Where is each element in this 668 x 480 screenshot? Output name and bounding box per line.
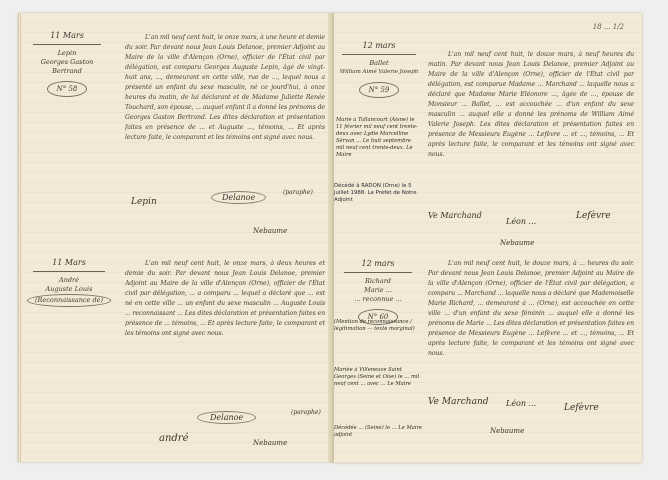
entry-surname: Ballet	[336, 59, 422, 68]
signature: Lepin	[131, 197, 157, 207]
right-register-page: 18 ... 1/2 12 mars Ballet William Aimé V…	[334, 13, 642, 463]
entry-date: 12 mars	[338, 259, 418, 268]
entry-date: 11 Mars	[27, 31, 107, 40]
signature: andré	[159, 433, 189, 444]
divider	[33, 271, 105, 272]
divider	[344, 272, 412, 273]
divider	[342, 54, 416, 55]
entry-date: 12 mars	[336, 41, 422, 50]
margin-entry-59: 12 mars Ballet William Aimé Valerie Jose…	[336, 41, 422, 98]
signature: (paraphe)	[283, 189, 313, 196]
entry-surname: Lepin	[27, 49, 107, 58]
margin-entry-60: 12 mars Richard Marie ... ... reconnue .…	[338, 259, 418, 325]
entry-note: (Reconnaissance de)	[27, 294, 111, 307]
act-body: L'an mil neuf cent huit, le douze mars, …	[428, 259, 634, 393]
signature: Nebaume	[253, 439, 287, 447]
act-number: N° 58	[47, 81, 88, 97]
signature: Lefèvre	[576, 211, 611, 221]
signature: Nebaume	[490, 427, 524, 435]
entry-surname: Richard	[338, 277, 418, 286]
act-body: L'an mil neuf cent huit, le onze mars, à…	[125, 33, 325, 185]
entry-given-names: Marie ...	[338, 286, 418, 295]
entry-note: ... reconnue ...	[338, 295, 418, 304]
signature: (paraphe)	[291, 409, 321, 416]
signature: Lefèvre	[564, 403, 599, 413]
entry-given-names: Auguste Louis	[27, 285, 111, 294]
divider	[33, 44, 101, 45]
act-number: N° 59	[359, 82, 400, 98]
marginal-note-marriage: Mariée à Villeneuve Saint Georges (Seine…	[334, 367, 422, 407]
folio-number: 18 ... 1/2	[593, 23, 624, 31]
signature: Léon ...	[506, 217, 536, 226]
marginal-note-death: Décédé à RADON (Orne) le 5 juillet 1988.…	[334, 183, 422, 204]
signature: Delanoe	[197, 411, 256, 424]
margin-entry-andre: 11 Mars André Auguste Louis (Reconnaissa…	[27, 258, 111, 307]
signature: Delanoe	[211, 191, 266, 204]
signature: Ve Marchand	[428, 211, 482, 220]
signature: Nebaume	[253, 227, 287, 235]
left-register-page: 11 Mars Lepin Georges Gaston Bertrand N°…	[18, 13, 335, 462]
marginal-note-death: Décédée ... (Seine) le ... Le Maire adjo…	[334, 425, 430, 439]
act-body: L'an mil neuf cent huit, le douze mars, …	[428, 50, 634, 208]
entry-surname: André	[27, 276, 111, 285]
signature: Léon ...	[506, 399, 536, 408]
signature: Ve Marchand	[428, 397, 489, 407]
entry-given-names: Georges Gaston Bertrand	[27, 58, 107, 76]
entry-date: 11 Mars	[27, 258, 111, 267]
marginal-note-marriage: Marié à Tallancourt (Aisne) le 11 févrie…	[336, 117, 420, 163]
signature: Nebaume	[500, 239, 534, 247]
entry-given-names: William Aimé Valerie Joseph	[336, 68, 422, 77]
act-body: L'an mil neuf cent huit, le onze mars, à…	[125, 259, 325, 405]
marginal-note-recognition: (Mention de reconnaissance / légitimatio…	[334, 319, 424, 365]
margin-entry-58: 11 Mars Lepin Georges Gaston Bertrand N°…	[27, 31, 107, 97]
